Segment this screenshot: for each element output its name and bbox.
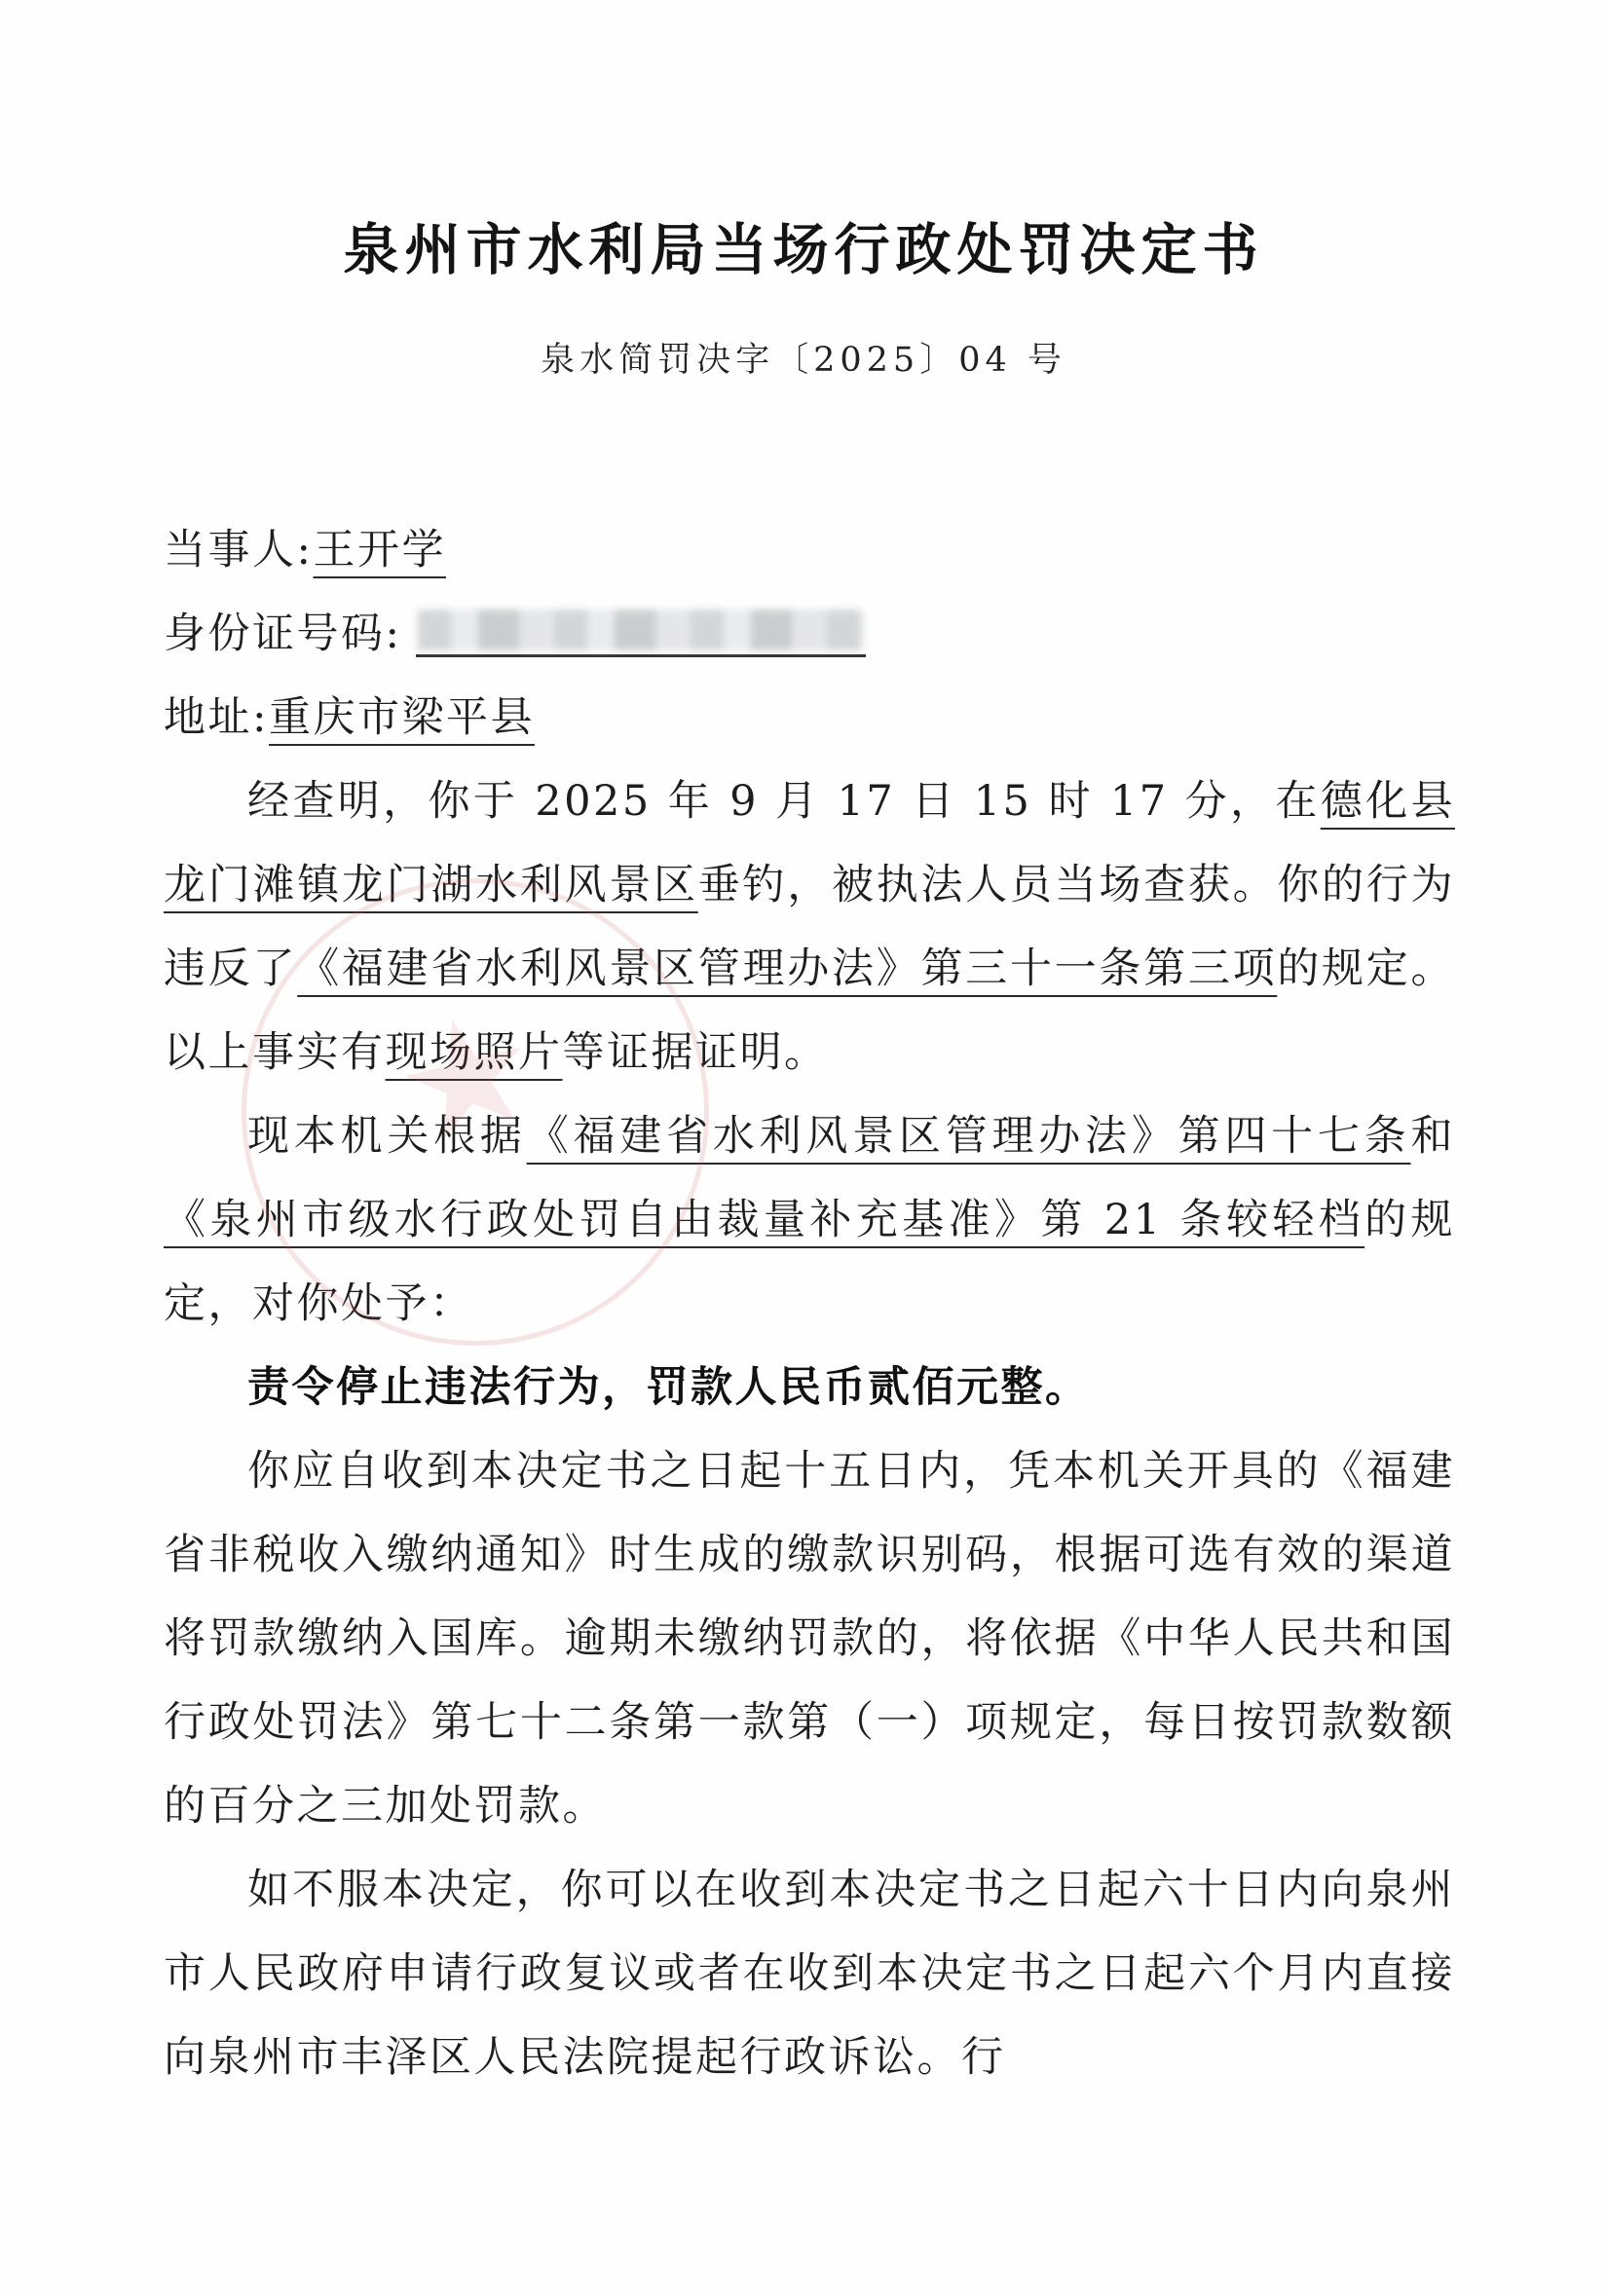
redaction-blur	[418, 610, 864, 650]
text-run: 现本机关根据	[247, 1112, 527, 1161]
underlined-text-run: 《福建省水利风景区管理办法》第三十一条第三项	[297, 944, 1277, 993]
underlined-text-run: 《泉州市级水行政处罚自由裁量补充基准》第 21 条较轻档	[164, 1196, 1364, 1244]
page-title: 泉州市水利局当场行政处罚决定书	[0, 0, 1607, 284]
field-party-value: 王开学	[314, 526, 447, 574]
body-paragraph: 责令停止违法行为，罚款人民币贰佰元整。	[164, 1346, 1455, 1429]
field-id-label: 身份证号码:	[164, 610, 402, 658]
body-paragraph: 现本机关根据《福建省水利风景区管理办法》第四十七条和《泉州市级水行政处罚自由裁量…	[164, 1094, 1455, 1346]
body-paragraph: 你应自收到本决定书之日起十五日内，凭本机关开具的《福建省非税收入缴纳通知》时生成…	[164, 1429, 1455, 1848]
field-address-label: 地址:	[164, 693, 269, 742]
body-paragraph: 如不服本决定，你可以在收到本决定书之日起六十日内向泉州市人民政府申请行政复议或者…	[164, 1848, 1455, 2099]
text-run: 和	[1411, 1112, 1456, 1161]
body-paragraph: 经查明，你于 2025 年 9 月 17 日 15 时 17 分，在德化县龙门滩…	[164, 759, 1455, 1094]
underlined-text-run: 《福建省水利风景区管理办法》第四十七条	[527, 1112, 1411, 1161]
text-run: 经查明，你于 2025 年 9 月 17 日 15 时 17 分，在	[247, 777, 1321, 826]
underlined-text-run: 现场照片	[386, 1028, 563, 1077]
document-body: 当事人:王开学 身份证号码: 地址:重庆市梁平县 经查明，你于 2025 年 9…	[164, 508, 1455, 2099]
field-party: 当事人:王开学	[164, 508, 1455, 592]
field-id-number: 身份证号码:	[164, 592, 1455, 676]
text-run: 等证据证明。	[563, 1028, 829, 1077]
field-address-value: 重庆市梁平县	[269, 693, 535, 742]
field-party-label: 当事人:	[164, 526, 314, 574]
body-paragraphs: 经查明，你于 2025 年 9 月 17 日 15 时 17 分，在德化县龙门滩…	[164, 759, 1455, 2099]
field-address: 地址:重庆市梁平县	[164, 676, 1455, 759]
text-run: 责令停止违法行为，罚款人民币贰佰元整。	[247, 1363, 1090, 1412]
text-run: 你应自收到本决定书之日起十五日内，凭本机关开具的《福建省非税收入缴纳通知》时生成…	[164, 1447, 1455, 1831]
document-page: ★ 泉州市水利局当场行政处罚决定书 泉水简罚决字〔2025〕04 号 当事人:王…	[0, 0, 1607, 2296]
text-run: 如不服本决定，你可以在收到本决定书之日起六十日内向泉州市人民政府申请行政复议或者…	[164, 1866, 1455, 2082]
redacted-id-number	[416, 608, 866, 657]
document-number: 泉水简罚决字〔2025〕04 号	[0, 337, 1607, 384]
